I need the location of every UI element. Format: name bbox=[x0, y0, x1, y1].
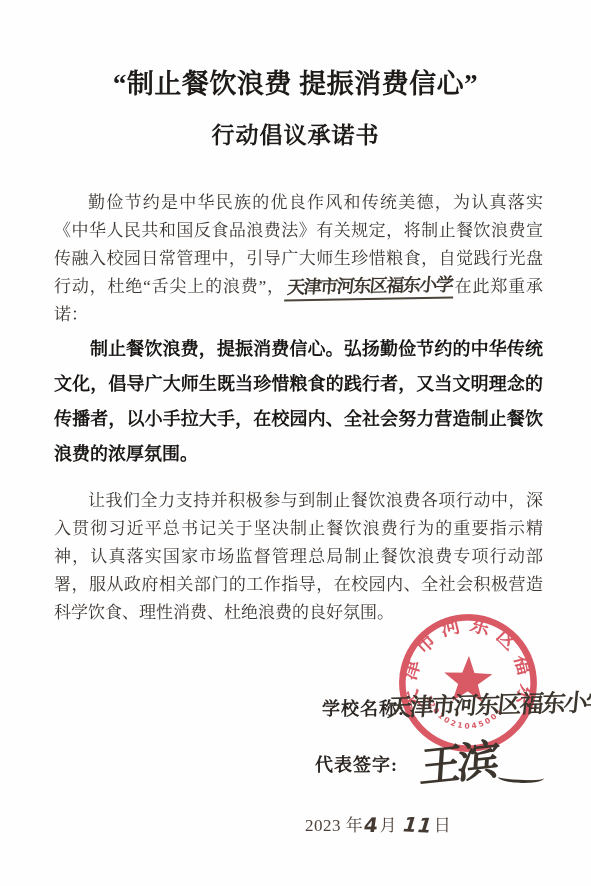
handwritten-signature: 王滨 bbox=[418, 727, 498, 796]
date-day-unit-printed: 日 bbox=[434, 816, 452, 835]
handwritten-month-number: 4 bbox=[363, 815, 380, 835]
handwritten-school-name-inline: 天津市河东区福东小学 bbox=[284, 277, 455, 302]
date-month-unit-printed: 月 bbox=[380, 816, 398, 835]
document-title-line2: 行动倡议承诺书 bbox=[0, 117, 591, 150]
handwritten-school-name-field: 天津市河东区福东小学 bbox=[386, 682, 591, 723]
paragraph-pledge-intro: 勤俭节约是中华民族的优良作风和传统美德，为认真落实《中华人民共和国反食品浪费法》… bbox=[54, 189, 543, 329]
representative-signature-label: 代表签字: bbox=[315, 751, 398, 777]
document-title-line1: “制止餐饮浪费 提振消费信心” bbox=[0, 62, 591, 101]
paragraph-action-support: 让我们全力支持并积极参与到制止餐饮浪费各项行动中，深入贯彻习近平总书记关于坚决制… bbox=[54, 487, 543, 627]
date-year-printed: 2023 年 bbox=[305, 816, 363, 835]
date-line: 2023 年4月 11日 bbox=[305, 811, 451, 836]
signature-flourish-stroke bbox=[498, 770, 545, 784]
scanned-pledge-document: “制止餐饮浪费 提振消费信心” 行动倡议承诺书 勤俭节约是中华民族的优良作风和传… bbox=[0, 0, 591, 886]
handwritten-day-number: 11 bbox=[400, 814, 435, 836]
paragraph-commitment: 制止餐饮浪费，提振消费信心。弘扬勤俭节约的中华传统文化，倡导广大师生既当珍惜粮食… bbox=[54, 332, 543, 472]
